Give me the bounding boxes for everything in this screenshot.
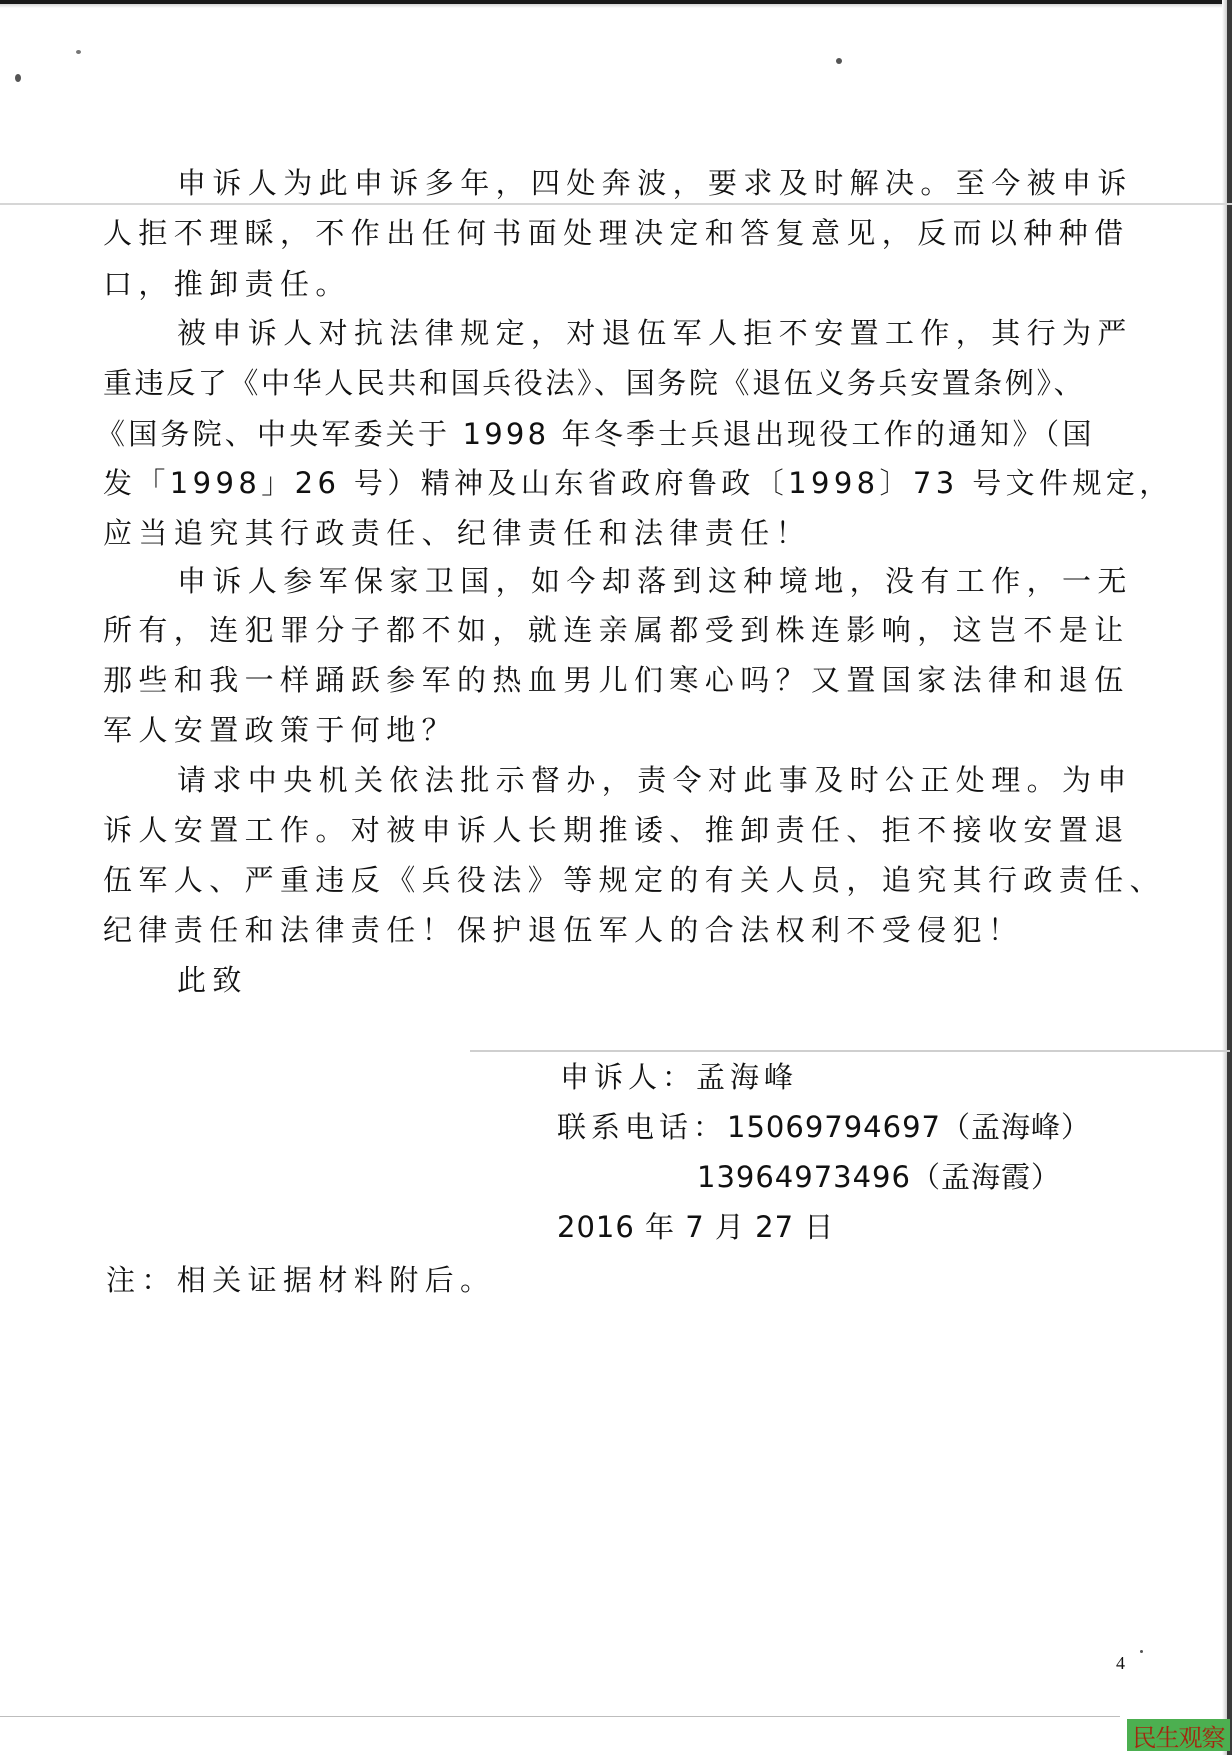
scan-speck <box>76 50 81 54</box>
watermark-text: 民生观察 <box>1133 1718 1225 1753</box>
attachment-note: 注：相关证据材料附后。 <box>106 1262 495 1298</box>
paragraph-4-line-2: 诉人安置工作。对被申诉人长期推诿、推卸责任、拒不接收安置退 <box>103 812 1130 848</box>
complainant-line: 申诉人：孟海峰 <box>560 1059 798 1095</box>
watermark-badge: 民生观察 <box>1127 1719 1230 1751</box>
signature-date: 2016 年 7 月 27 日 <box>557 1209 834 1245</box>
paragraph-2-line-1: 被申诉人对抗法律规定，对退伍军人拒不安置工作，其行为严 <box>177 315 1133 351</box>
paragraph-4-line-4: 纪律责任和法律责任！保护退伍军人的合法权利不受侵犯！ <box>103 912 1023 948</box>
paragraph-3-line-4: 军人安置政策于何地？ <box>103 712 457 748</box>
scan-speck <box>836 58 842 64</box>
paragraph-2-line-4: 发「1998」26 号）精神及山东省政府鲁政〔1998〕73 号文件规定， <box>103 465 1173 501</box>
paragraph-1-line-3: 口，推卸责任。 <box>103 266 351 302</box>
paragraph-3-line-1: 申诉人参军保家卫国，如今却落到这种境地，没有工作，一无 <box>177 563 1133 599</box>
paragraph-2-line-2: 重违反了《中华人民共和国兵役法》、国务院《退伍义务兵安置条例》、 <box>103 365 1085 401</box>
phone-2: 13964973496（孟海霞） <box>697 1160 1061 1194</box>
page-number: 4 <box>1116 1653 1125 1674</box>
phone-1: 15069794697（孟海峰） <box>727 1110 1091 1144</box>
paragraph-2-line-5: 应当追究其行政责任、纪律责任和法律责任！ <box>103 515 811 551</box>
scan-top-shadow <box>0 4 1232 8</box>
paragraph-3-line-2: 所有，连犯罪分子都不如，就连亲属都受到株连影响，这岂不是让 <box>103 612 1130 648</box>
complainant-label: 申诉人： <box>560 1060 696 1094</box>
paragraph-4-line-3: 伍军人、严重违反《兵役法》等规定的有关人员，追究其行政责任、 <box>103 862 1165 898</box>
scan-speck <box>15 74 21 82</box>
paragraph-1-line-1: 申诉人为此申诉多年，四处奔波，要求及时解决。至今被申诉 <box>177 165 1133 201</box>
phone-line-1: 联系电话：15069794697（孟海峰） <box>557 1109 1091 1145</box>
paragraph-2-line-3: 《国务院、中央军委关于 1998 年冬季士兵退出现役工作的通知》（国 <box>96 416 1095 452</box>
scan-artifact-line <box>0 203 1232 205</box>
scan-artifact-line <box>470 1050 1230 1052</box>
paragraph-4-line-1: 请求中央机关依法批示督办，责令对此事及时公正处理。为申 <box>177 762 1133 798</box>
scan-right-border <box>1227 0 1232 1755</box>
complainant-name: 孟海峰 <box>696 1060 798 1094</box>
paragraph-1-line-2: 人拒不理睬，不作出任何书面处理决定和答复意见，反而以种种借 <box>103 215 1130 251</box>
phone-line-2: 13964973496（孟海霞） <box>697 1159 1061 1195</box>
scan-artifact-line <box>0 1716 1120 1717</box>
paragraph-3-line-3: 那些和我一样踊跃参军的热血男儿们寒心吗？又置国家法律和退伍 <box>103 662 1130 698</box>
phone-label: 联系电话： <box>557 1110 727 1144</box>
scan-speck <box>1140 1650 1143 1653</box>
closing-salutation: 此致 <box>177 962 248 998</box>
